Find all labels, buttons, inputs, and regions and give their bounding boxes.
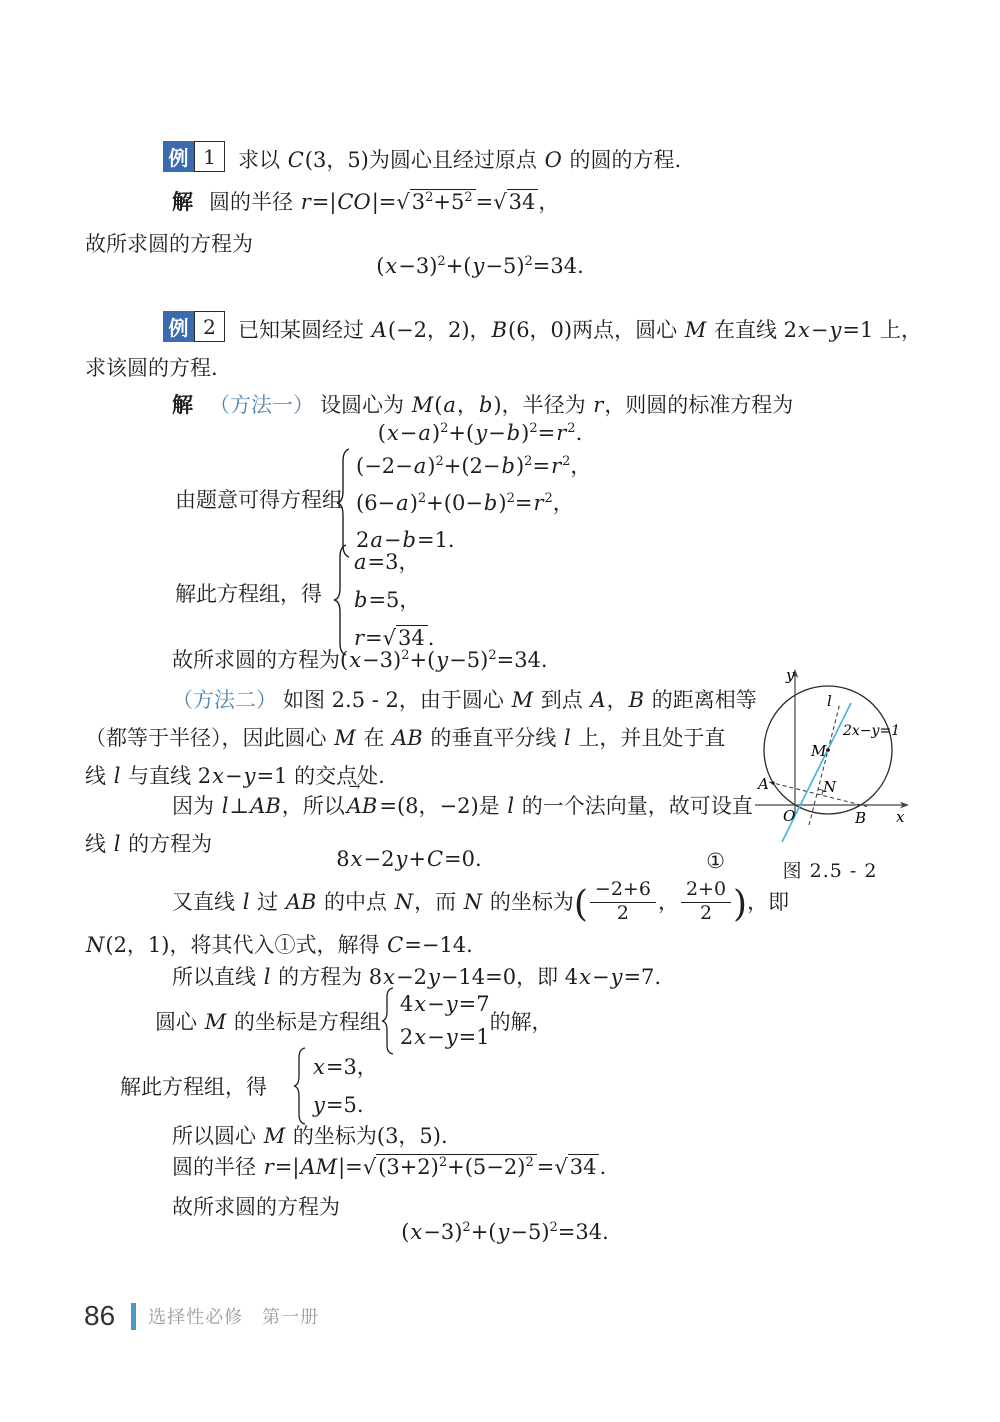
point-m-label: M [810,742,827,760]
y-axis-label: y [785,666,795,684]
system2-row: a=3， [353,543,434,581]
example2-method1-intro: 解（方法一）设圆心为 M(a，b)，半径为 r，则圆的标准方程为 [172,391,793,420]
line-l-equation: 8x−2y+C=0. ① [85,847,733,871]
page-number: 86 [84,1300,115,1332]
figure-caption: 图 2.5 - 2 [745,856,915,883]
line-l-label: l [827,692,832,710]
chord-ab-dashed [769,782,867,807]
example1-badge: 例 1 [163,141,225,172]
system4-rows: x=3， y=5. [312,1048,378,1124]
system1-row: (−2−a)2+(2−b)2=r2， [356,448,591,485]
system3-row: 2x−y=1 [400,1021,490,1054]
system4: 解此方程组，得 x=3， y=5. [120,1046,378,1126]
example2-badge-label: 例 [163,311,194,342]
example1-badge-number: 1 [194,141,225,172]
system3-rows: 4x−y=7 2x−y=1 [400,988,490,1054]
method2-line9: 所以圆心 M 的坐标为(3，5). [172,1122,448,1151]
x-axis-label: x [896,808,905,826]
brace-left [381,986,395,1056]
system4-label: 解此方程组，得 [120,1071,267,1101]
point-a-label: A [756,775,769,793]
system3-label: 圆心 M 的坐标是方程组 [155,1006,381,1036]
method2-line2: （都等于半径），因此圆心 M 在 AB 的垂直平分线 l 上，并且处于直 [85,724,725,753]
line-l-equation-text: 8x−2y+C=0. [336,847,481,871]
method2-label: （方法二） [172,688,277,712]
point-n-label: N [822,778,837,796]
brace-left [293,1046,307,1126]
method2-line1: （方法二）如图 2.5 - 2，由于圆心 M 到点 A，B 的距离相等 [172,686,757,715]
equation-number-1: ① [706,849,725,873]
system4-row: x=3， [312,1048,378,1086]
system3-row: 4x−y=7 [400,988,490,1021]
example2-badge-number: 2 [194,311,225,342]
method1-conclusion: 故所求圆的方程为(x−3)2+(y−5)2=34. [172,646,548,675]
method2-line10: 圆的半径 r=|AM|=√(3+2)2+(5−2)2=√34. [172,1153,606,1182]
system3-suffix: 的解， [490,1006,553,1036]
system1-rows: (−2−a)2+(2−b)2=r2， (6−a)2+(0−b)2=r2， 2a−… [356,448,591,559]
example2-problem-line2: 求该圆的方程. [85,354,218,383]
line-l-dashed [809,703,840,825]
page-footer: 86 选择性必修 第一册 [84,1300,319,1332]
method2-line1-text: 如图 2.5 - 2，由于圆心 M 到点 A，B 的距离相等 [283,688,757,712]
example1-equation: (x−3)2+(y−5)2=34. [85,254,875,278]
system1-label: 由题意可得方程组 [175,486,343,515]
example1-solution-text: 圆的半径 r=|CO|=√32+52=√34， [209,190,559,214]
method2-line3: 线 l 与直线 2x−y=1 的交点处. [85,762,385,791]
figure-2-5-2: y x O A B M N l 2x−y=1 [745,663,955,859]
example2-badge: 例 2 [163,311,225,342]
system2: a=3， b=5， r=√34. [333,543,434,657]
example1-badge-label: 例 [163,141,194,172]
method2-line6: 又直线 l 过 AB 的中点 N，而 N 的坐标为(−2+62，2+02)，即 [172,880,789,930]
final-equation: (x−3)2+(y−5)2=34. [85,1220,925,1244]
solve-label: 解 [172,191,193,214]
system2-label: 解此方程组，得 [175,580,322,609]
solve-label: 解 [172,394,193,417]
example1-solution-line: 解圆的半径 r=|CO|=√32+52=√34， [172,188,559,217]
method1-intro-text: 设圆心为 M(a，b)，半径为 r，则圆的标准方程为 [320,393,793,417]
textbook-page: { "colors":{"badge_blue":"#3a6bb0","meth… [0,0,1000,1422]
example2-problem-line1: 已知某圆经过 A(−2，2)，B(6，0)两点，圆心 M 在直线 2x−y=1 … [238,316,922,345]
origin-label: O [783,807,795,825]
point-a-dot [771,781,774,784]
footer-divider-bar [131,1303,136,1330]
method2-line11: 故所求圆的方程为 [172,1193,340,1222]
brace-left [333,543,348,657]
system4-row: y=5. [312,1086,378,1124]
point-m-dot [826,748,830,752]
book-title: 选择性必修 第一册 [148,1303,319,1329]
system2-row: b=5， [353,581,434,619]
method2-line7: N(2，1)，将其代入①式，解得 C=−14. [85,931,473,960]
circle-diagram: y x O A B M N l 2x−y=1 [745,663,955,855]
example1-problem: 求以 C(3，5)为圆心且经过原点 O 的圆的方程. [238,146,681,175]
method1-standard-equation: (x−a)2+(y−b)2=r2. [85,421,875,445]
method1-label: （方法一） [209,393,314,417]
method2-line4: 因为 l⊥AB，所以AB=(8，−2)是 l 的一个法向量，故可设直 [172,792,753,821]
system1-row: (6−a)2+(0−b)2=r2， [356,485,591,522]
system2-rows: a=3， b=5， r=√34. [353,543,434,657]
line-equation-label: 2x−y=1 [842,723,900,739]
point-b-label: B [854,809,866,827]
